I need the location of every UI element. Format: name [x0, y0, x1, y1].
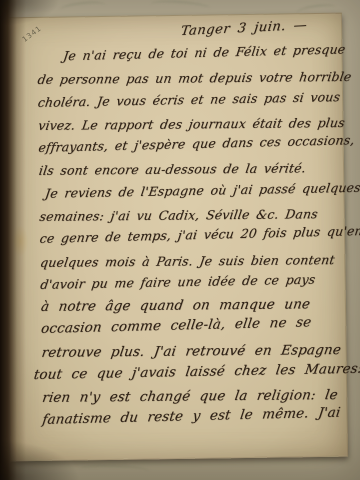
letter-dateline: Tanger 3 juin. —: [180, 18, 308, 39]
letter-sheet: 1341 Tanger 3 juin. — Je n'ai reçu de to…: [4, 13, 348, 462]
letter-line-7: Je reviens de l'Espagne où j'ai passé qu…: [38, 177, 335, 205]
letter-body: Je n'ai reçu de toi ni de Félix et presq…: [35, 42, 334, 434]
ghost-writing-mark: [60, 0, 107, 15]
letter-line-15: tout ce que j'avais laissé chez les Maur…: [32, 359, 337, 388]
gutter-corner-shadow-top: [0, 0, 60, 26]
book-gutter-shadow: [0, 0, 26, 480]
letter-line-11: d'avoir pu me faire une idée de ce pays: [39, 268, 336, 296]
letter-line-1: Je n'ai reçu de toi ni de Félix et presq…: [36, 38, 333, 68]
letter-line-3: choléra. Je vous écris et ne sais pas si…: [36, 86, 333, 114]
gutter-corner-shadow-bottom: [0, 440, 80, 480]
ghost-writing-mark: [150, 0, 211, 13]
ghost-writing-mark: [80, 464, 150, 476]
manuscript-letter-photo: 1341 Tanger 3 juin. — Je n'ai reçu de to…: [0, 0, 360, 480]
